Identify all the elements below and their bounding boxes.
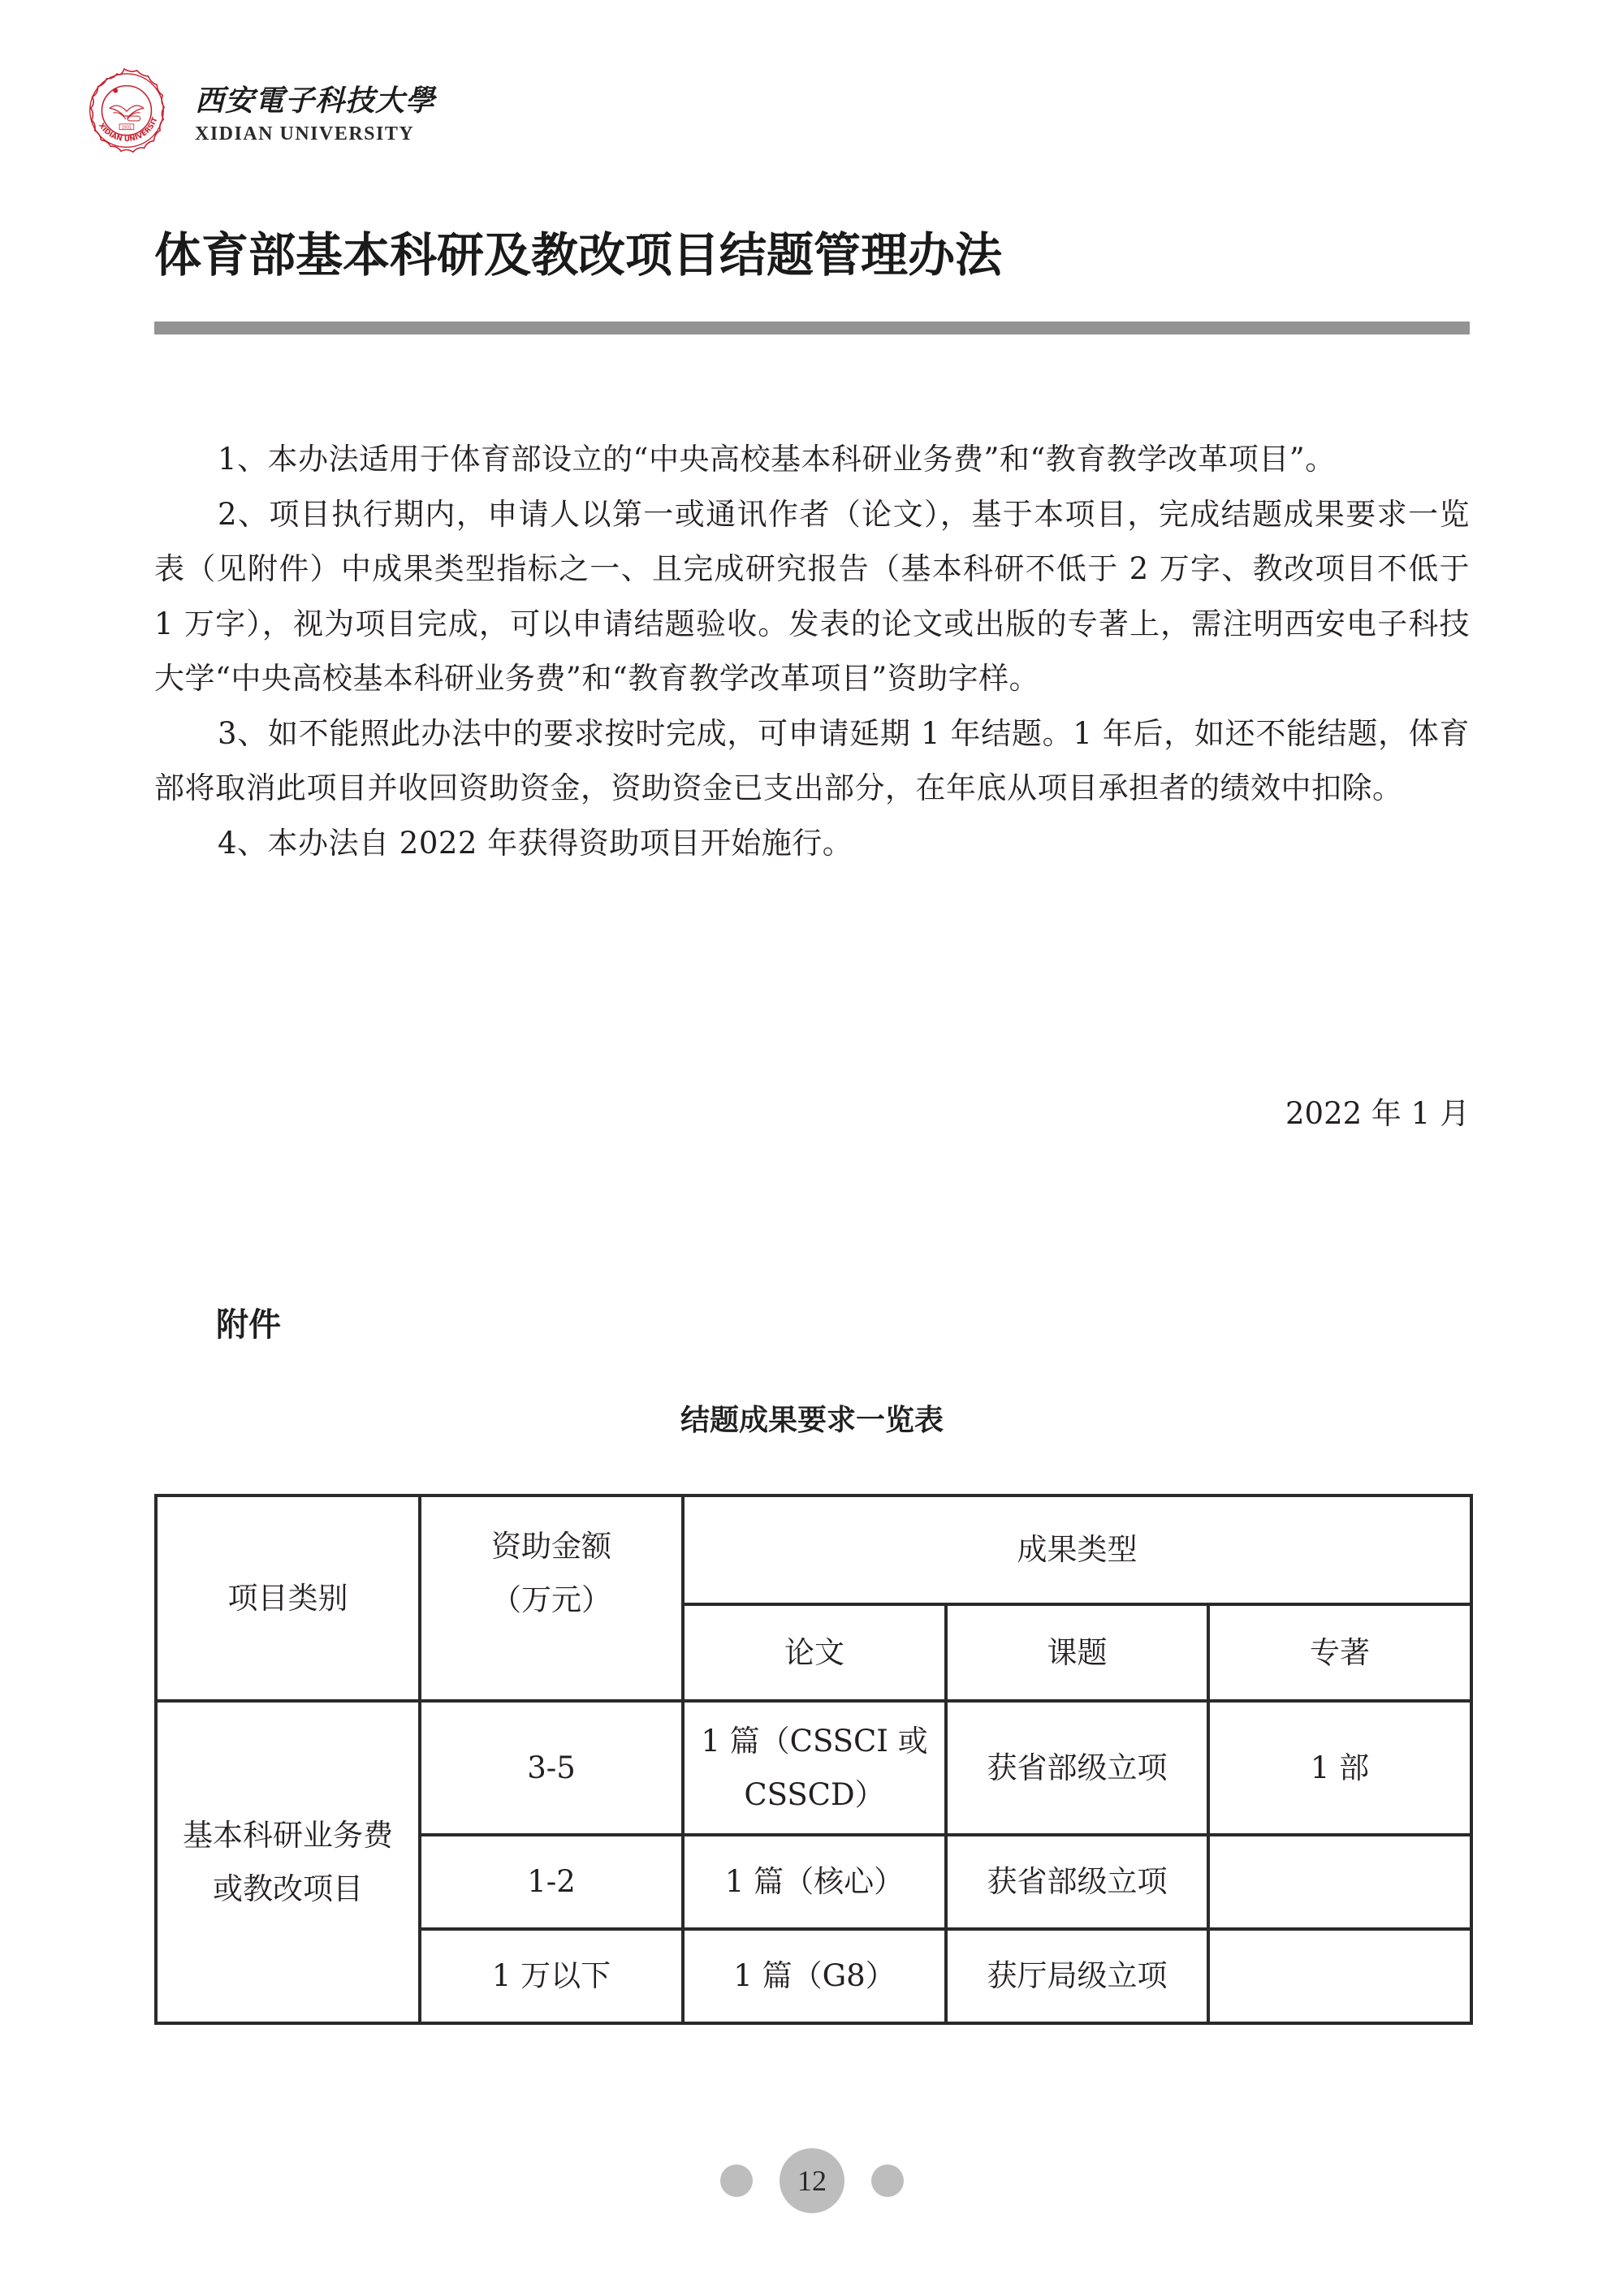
university-logo: 1931 XIDIAN UNIVERSITY 西安電子科技大學 XIDIAN U…: [76, 67, 434, 164]
header-amount-line1: 资助金额: [433, 1520, 670, 1573]
regulation-body: 1、本办法适用于体育部设立的“中央高校基本科研业务费”和“教育教学改革项目”。 …: [154, 432, 1470, 870]
header-amount-line2: （万元）: [433, 1573, 670, 1627]
attachment-label: 附件: [216, 1304, 281, 1346]
monograph-cell: 1 部: [1208, 1701, 1471, 1835]
header-result-type: 成果类型: [683, 1495, 1471, 1604]
project-cell: 获厅局级立项: [946, 1929, 1208, 2023]
title-divider: [154, 322, 1470, 334]
table-caption: 结题成果要求一览表: [0, 1401, 1624, 1440]
category-line1: 基本科研业务费: [169, 1809, 407, 1862]
paragraph-4: 4、本办法自 2022 年获得资助项目开始施行。: [154, 816, 1470, 871]
table-row: 基本科研业务费 或教改项目 3-5 1 篇（CSSCI 或 CSSCD） 获省部…: [156, 1701, 1471, 1835]
requirements-table: 项目类别 资助金额 （万元） 成果类型 论文 课题 专著 基本科研业务费 或教改…: [154, 1494, 1473, 2025]
paper-cell: 1 篇（G8）: [683, 1929, 946, 2023]
header-result-type-label: 成果类型: [1017, 1532, 1138, 1567]
university-seal-icon: 1931 XIDIAN UNIVERSITY: [76, 67, 172, 162]
amount-cell: 1 万以下: [420, 1929, 683, 2023]
paper-line1: 1 篇（CSSCI 或: [696, 1715, 933, 1768]
university-name-cn: 西安電子科技大學: [195, 78, 435, 119]
svg-text:1931: 1931: [122, 126, 132, 131]
amount-cell: 1-2: [420, 1835, 683, 1929]
category-cell: 基本科研业务费 或教改项目: [156, 1701, 420, 2023]
monograph-cell: [1208, 1835, 1471, 1929]
page-number: 12: [780, 2148, 844, 2213]
header-project: 课题: [946, 1604, 1208, 1701]
category-line2: 或教改项目: [169, 1862, 407, 1916]
university-name-en: XIDIAN UNIVERSITY: [195, 123, 414, 145]
table-header-row: 项目类别 资助金额 （万元） 成果类型: [156, 1495, 1471, 1604]
header-category: 项目类别: [156, 1495, 420, 1701]
amount-cell: 3-5: [420, 1701, 683, 1835]
document-title: 体育部基本科研及教改项目结题管理办法: [154, 224, 1002, 286]
project-cell: 获省部级立项: [946, 1701, 1208, 1835]
page-indicator: 12: [0, 2148, 1624, 2213]
paper-cell: 1 篇（核心）: [683, 1835, 946, 1929]
header-amount: 资助金额 （万元）: [420, 1495, 683, 1701]
paper-line2: CSSCD）: [696, 1768, 933, 1822]
paragraph-3: 3、如不能照此办法中的要求按时完成，可申请延期 1 年结题。1 年后，如还不能结…: [154, 706, 1470, 816]
project-cell: 获省部级立项: [946, 1835, 1208, 1929]
paragraph-2: 2、项目执行期内，申请人以第一或通讯作者（论文），基于本项目，完成结题成果要求一…: [154, 487, 1470, 706]
paragraph-1: 1、本办法适用于体育部设立的“中央高校基本科研业务费”和“教育教学改革项目”。: [154, 432, 1470, 487]
header-category-label: 项目类别: [228, 1581, 348, 1616]
paper-cell: 1 篇（CSSCI 或 CSSCD）: [683, 1701, 946, 1835]
monograph-cell: [1208, 1929, 1471, 2023]
header-paper: 论文: [683, 1604, 946, 1701]
pager-dot-left-icon: [720, 2164, 753, 2197]
issue-date: 2022 年 1 月: [1285, 1086, 1470, 1141]
header-monograph: 专著: [1208, 1604, 1471, 1701]
pager-dot-right-icon: [871, 2164, 904, 2197]
